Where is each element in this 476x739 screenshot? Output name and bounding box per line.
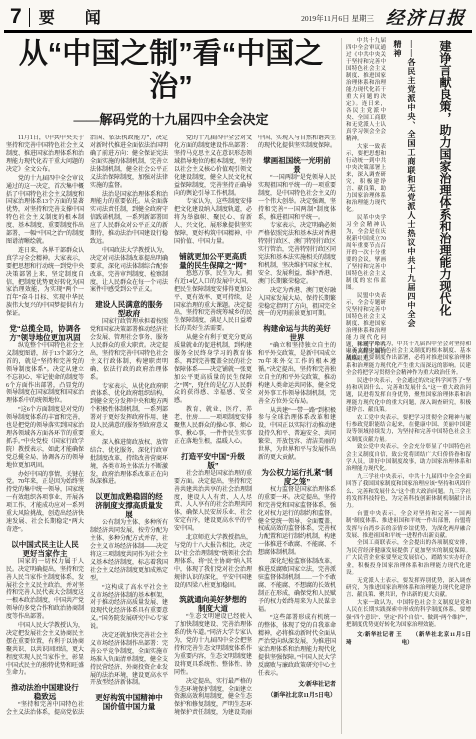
article-paragraph: 农工党中央表示，要把学习贯彻全会精神与履行参政党职能结合起来，在健康中国、美丽中… [346, 415, 471, 445]
article-paragraph: 大家一致表示，要把思想和行动统一到中共中央决策部署上来，深入调查研究，积极建诤言… [346, 144, 386, 214]
article-paragraph: 纵览整个中国特色社会主义制度图谱，居于13个部分之首的，就是“坚持和完善党的领导… [6, 343, 84, 406]
section-heading: 为公权力运行扎紧“制度之笼” [261, 468, 333, 486]
article-paragraph: 无党派人士表示，要发挥界别优势，深入调查研究，为推进国家治理体系和治理能力现代化… [346, 578, 471, 600]
sidebar-vertical-subtitle: ——各民主党派中央、全国工商联和无党派人士热议中共十九届四中全会精神 [390, 40, 418, 336]
sidebar-byline: 文/新华社记者 王 琦 [346, 632, 402, 647]
masthead-logo: 经济日报 [385, 9, 466, 27]
article-paragraph: 深入推进简政放权、放管结合、优化服务，深化行政审批制度改革，持续改善营商环境，各… [90, 440, 168, 487]
section-heading: 铺就更加公平更高质量的民生保障之“网” [177, 252, 249, 270]
article-paragraph: 北京师范大学教授指出，与党的十八大报告相比，决定以“社会治理制度”统领社会治理体… [174, 535, 252, 590]
sidebar-top: 中共十九届四中全会审议通过《中共中央关于坚持和完善中国特色社会主义制度、推进国家… [346, 38, 471, 336]
page-number: 7 [10, 6, 22, 27]
article-paragraph: 中共十九届四中全会审议通过《中共中央关于坚持和完善中国特色社会主义制度、推进国家… [346, 38, 386, 143]
article-paragraph: 致公党中央表示，全会充分彰显了中国特色社会主义制度自信，致公党将团结广大归侨侨眷… [346, 444, 471, 474]
article-paragraph: 决定还就加快完善社会主义市场经济体制作出部署：完善公平竞争制度，全面实施市场准入… [90, 633, 168, 688]
article-paragraph: 连日来，各界干部群众认真学习全会精神。大家表示，要把思想和行动统一到党中央决策部… [6, 248, 84, 319]
article-paragraph: “一国两制”是党领导人民实现祖国和平统一的一项重要制度，是中国特色社会主义的一个… [258, 175, 336, 222]
sidebar-lead-column: 中共十九届四中全会审议通过《中共中央关于坚持和完善中国特色社会主义制度、推进国家… [346, 38, 386, 336]
article-paragraph: 民建中央认为，中共十九届四中全会对坚持和完善支撑中国特色社会主义制度的根本制度、… [346, 341, 471, 378]
article-paragraph: 国家的一切权力属于人民。决定明确提出，坚持和完善人民当家作主制度体系，发展社会主… [6, 559, 84, 622]
article-paragraph: 九三学社中央表示，中共十九届四中全会全面回答了我国国家制度和国家治理应该“坚持和… [346, 474, 471, 511]
article-paragraph: 办好中国的事情，关键在党。70年来，正是因为始终坚持党的集中统一领导，国家统一有… [6, 472, 84, 535]
main-article: 从“中国之制”看“中国之治” ——解码党的十九届四中全会决定 11月1日，《中共… [6, 38, 336, 734]
sidebar-article: 中共十九届四中全会审议通过《中共中央关于坚持和完善中国特色社会主义制度、推进国家… [341, 38, 471, 734]
article-paragraph: 从共建“一带一路”到积极参与全球治理体系改革和建设，中国正以实际行动推动建设持久… [258, 408, 336, 463]
article-paragraph: 民革中央学习全会精神认为，全会是在庆祝新中国成立70周年重要节点召开的一次十分重… [346, 215, 386, 292]
page-header: 7 要 闻 2019年11月6日 星期三 经济日报 [0, 0, 476, 30]
article-paragraph: 11月1日，《中共中央关于坚持和完善中国特色社会主义制度、推进国家治理体系和治理… [6, 135, 84, 175]
section-heading: 更好构筑中国精神中国价值中国力量 [93, 693, 165, 711]
main-article-body: 11月1日，《中共中央关于坚持和完善中国特色社会主义制度、推进国家治理体系和治理… [6, 135, 336, 733]
article-paragraph: “这6个方面制度是对党的领导制度体系的丰富和完善，也是把党的领导落实到国家治理各… [6, 407, 84, 470]
article-paragraph: 社会治理是国家治理的重要方面。决定提出，坚持和完善共建共治共享的社会治理制度，建… [174, 471, 252, 534]
article-paragraph: 大家一致认为，中国特色社会主义制度是党和人民在长期实践探索中形成的科学制度体系，… [346, 600, 471, 630]
article-paragraph: 全国工商联表示，全会提出的各项制度安排，为民营经济健康发展提供了更加坚实的制度保… [346, 540, 471, 577]
header-divider [29, 8, 30, 27]
newspaper-page: 7 要 闻 2019年11月6日 星期三 经济日报 从“中国之制”看“中国之治”… [0, 0, 476, 739]
article-paragraph: 台盟中央表示，全会对坚持和完善“一国两制”制度体系、推进祖国和平统一作出部署，台… [346, 511, 471, 541]
article-paragraph: 专家表示，决定明确必须严格依照宪法和基本法对香港特别行政区、澳门特别行政区实行管… [258, 223, 336, 286]
main-subtitle: ——解码党的十九届四中全会决定 [6, 109, 336, 128]
byline: （新华社北京11月5日电） [258, 693, 336, 701]
section-title: 要 闻 [39, 11, 114, 27]
article-paragraph: 民进中央表示，全会通过的决定科学回答了“坚持和巩固什么、完善和发展什么”这一重大… [346, 378, 471, 415]
section-heading: 推动法治中国建设行稳致远 [9, 683, 81, 701]
page-content: 从“中国之制”看“中国之治” ——解码党的十九届四中全会决定 11月1日，《中共… [0, 33, 476, 734]
sidebar-body-paragraphs: 民建中央认为，中共十九届四中全会对坚持和完善支撑中国特色社会主义制度的根本制度、… [346, 341, 471, 630]
article-paragraph: 党的十九届四中全会审议通过的这一决定，首次集中概括了中国特色社会主义制度和国家治… [6, 176, 84, 247]
article-paragraph: 中国人民大学教授认为，决定把发展社会主义协商民主摆在重要位置，有利于以协商聚共识… [6, 623, 84, 678]
section-heading: 以更加成熟稳固的经济制度支撑高质量发展 [93, 492, 165, 519]
article-paragraph: “生态文明建设已经驶入了加快制度建设、完善治理体系的快车道。”同济大学专家认为，… [174, 614, 252, 677]
section-heading: 构建命运与共的美好世界 [261, 324, 333, 342]
sidebar-vertical-headline: 建诤言献良策，助力国家治理体系和治理能力现代化 [419, 40, 471, 336]
sidebar-byline-row: 文/新华社记者 王 琦 （新华社北京11月5日电） [346, 632, 471, 647]
section-heading: 打造平安中国“升级版” [177, 452, 249, 470]
article-paragraph: 法治是国家治理体系和治理能力的重要依托。从全面落实司法责任制，到健全政府守信践诺… [90, 192, 168, 247]
article-paragraph: “确立和坚持独立自主的和平外交政策，是新中国成立70年来外交工作的根本遵循。”决… [258, 343, 336, 406]
section-heading: 建设人民满意的服务型政府 [93, 300, 165, 318]
article-paragraph: 专家认为，这些制度安排把文化建设纳入制度轨道，必将为举旗帜、聚民心、育新人、兴文… [174, 199, 252, 246]
article-paragraph: 权力监督是国家治理体系的重要一环。决定提出，坚持和完善党和国家监督体系，强化对权… [258, 487, 336, 558]
article-paragraph: 专家表示，从优化政府职责体系、优化政府组织结构，到健全充分发挥中央和地方两个积极… [90, 384, 168, 439]
byline: 文/新华社记者 [258, 682, 336, 690]
section-heading: 以中国式民主让人民更好当家作主 [9, 540, 81, 558]
article-paragraph: 中国政法大学教授认为，决定对司法体制改革提出明确要求，深化司法体制综合配套改革，… [90, 248, 168, 295]
article-paragraph: 从健全有利于更充分更高质量就业的促进机制，到构建服务全民终身学习的教育体系，再到… [174, 335, 252, 406]
main-headline: 从“中国之制”看“中国之治” [6, 38, 336, 105]
sidebar-body: 民建中央认为，中共十九届四中全会对坚持和完善支撑中国特色社会主义制度的根本制度、… [346, 341, 471, 734]
section-heading: 党“总揽全局，协调各方”领导地位更加巩固 [9, 324, 81, 342]
section-heading: 擘画祖国统一光明前景 [261, 156, 333, 174]
article-paragraph: 深化纪检监察体制改革，推进反腐败国家立法，完善派驻监督体制机制……一个不敢腐、不… [258, 559, 336, 614]
article-paragraph: “这构成了高水平社会主义市场经济体制的基本框架，对于推动经济高质量发展、建设现代… [90, 585, 168, 632]
article-paragraph: 国家行政管理承担着按照党和国家决策部署推动经济社会发展、管理社会事务、服务人民群… [90, 319, 168, 382]
article-paragraph: 悠悠万事，民生为大。拥有近14亿人口的发展中大国，把民生保障制度安排得更加公平、… [174, 271, 252, 334]
header-right: 2019年11月6日 星期三 经济日报 [301, 9, 466, 27]
sidebar-dateline: （新华社北京11月5日电） [402, 632, 471, 647]
section-heading: 筑就通向美好梦想的制度大道 [177, 595, 249, 613]
article-paragraph: “这些部署形成有机统一的整体，体现了党的自我革命精神，必将推动新时代全面从严治党… [258, 615, 336, 678]
article-paragraph: 决定为香港、澳门更好融入国家发展大局、保持长期繁荣稳定指明了方向，祖国完全统一的… [258, 288, 336, 320]
article-paragraph: 公有制为主体、多种所有制经济共同发展，按劳分配为主体、多种分配方式并存，社会主义… [90, 520, 168, 583]
article-paragraph: 党的十九届四中全会对文化方面的制度建设作出部署：坚持马克思主义在意识形态领域指导… [174, 135, 252, 198]
article-paragraph: 教育、就业、医疗、养老、住房……一项项制度安排聚焦人民群众的操心事、烦心事、揪心… [174, 407, 252, 447]
issue-date: 2019年11月6日 星期三 [301, 13, 374, 27]
